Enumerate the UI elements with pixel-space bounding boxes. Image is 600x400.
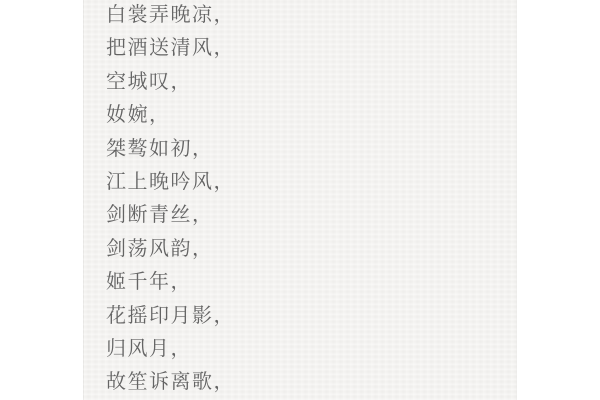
right-margin [517,0,600,400]
poem-line: 江上晚吟风， [106,166,516,199]
text-panel: 白裳弄晚凉， 把酒送清风， 空城叹， 奻婉， 桀骜如初， 江上晚吟风， 剑断青丝… [83,0,517,400]
poem-line: 空城叹， [106,66,516,99]
poem-line: 归风月， [106,333,516,366]
poem-line: 奻婉， [106,99,516,132]
poem-list: 白裳弄晚凉， 把酒送清风， 空城叹， 奻婉， 桀骜如初， 江上晚吟风， 剑断青丝… [84,0,516,400]
left-margin [0,0,83,400]
poem-line: 剑荡风韵， [106,233,516,266]
poem-line: 故笙诉离歌， [106,366,516,399]
poem-line: 花摇印月影， [106,300,516,333]
poem-line: 剑断青丝， [106,199,516,232]
poem-line: 桀骜如初， [106,133,516,166]
poem-line: 白裳弄晚凉， [106,0,516,32]
poem-line: 姬千年， [106,266,516,299]
poem-line: 把酒送清风， [106,32,516,65]
